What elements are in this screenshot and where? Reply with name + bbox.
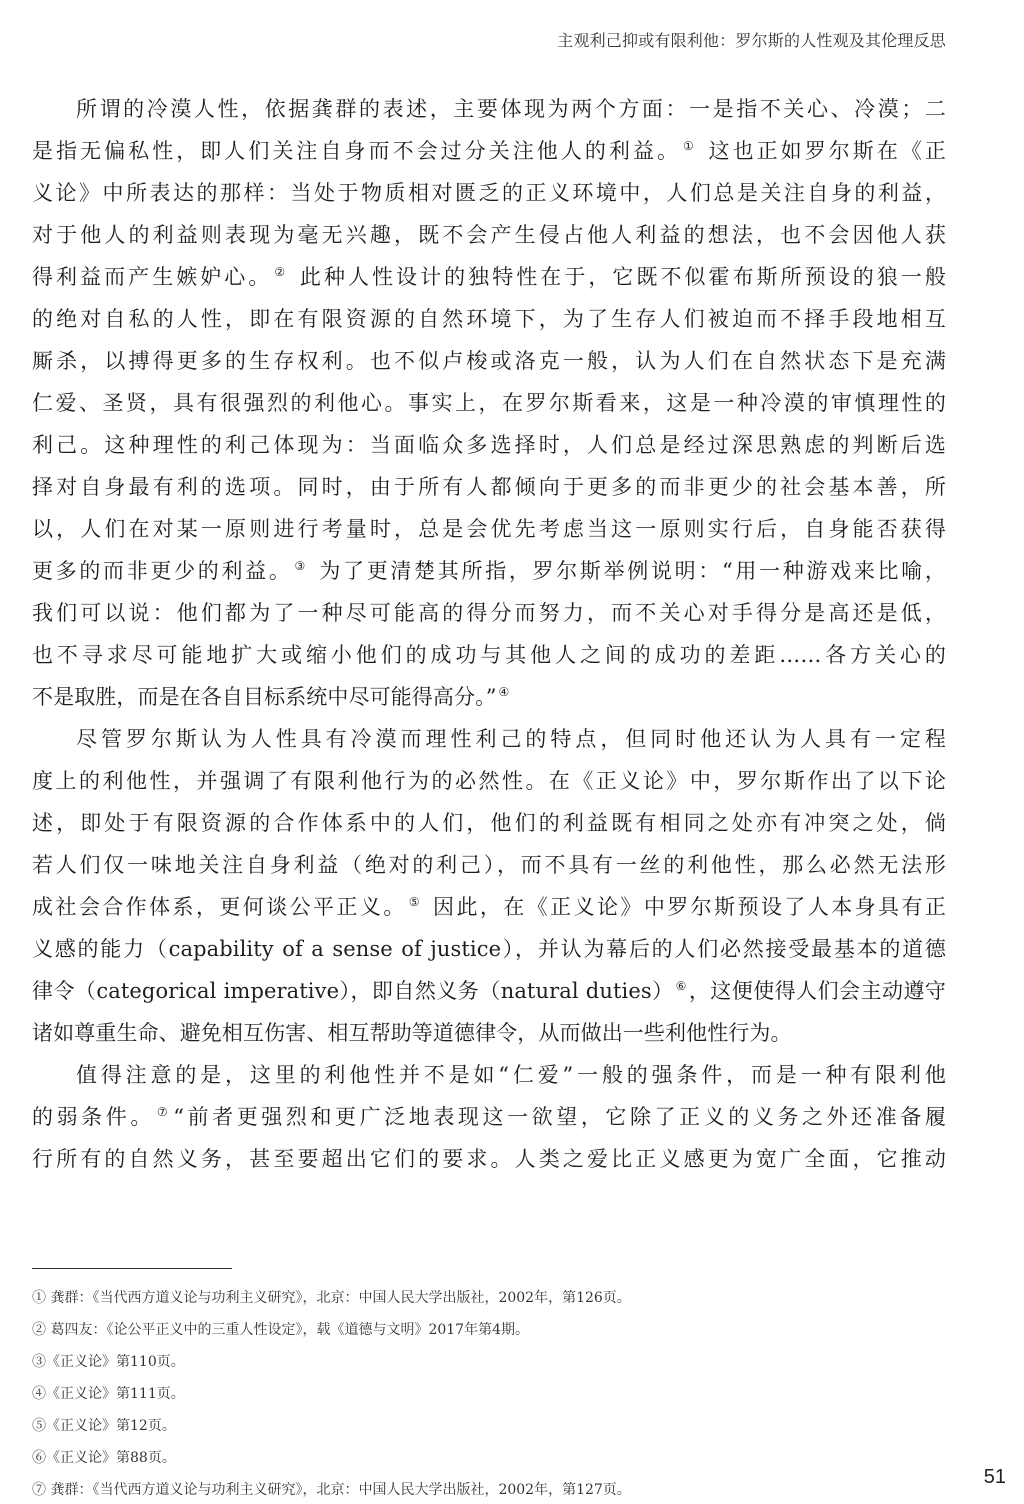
line-text-after-marker: 这也正如罗尔斯在《正	[699, 139, 946, 163]
text-line: 以，人们在对某一原则进行考量时，总是会优先考虑当这一原则实行后，自身能否获得	[32, 508, 946, 550]
line-text: 对于他人的利益则表现为毫无兴趣，既不会产生侵占他人利益的想法，也不会因他人获	[32, 223, 946, 247]
line-text: 义论》中所表达的那样：当处于物质相对匮乏的正义环境中，人们总是关注自身的利益，	[32, 181, 946, 205]
footnote-marker[interactable]: ⑦	[157, 1105, 171, 1119]
footnote-marker[interactable]: ⑥	[676, 979, 687, 993]
line-text: 我们可以说：他们都为了一种尽可能高的得分而努力，而不关心对手得分是高还是低，	[32, 601, 946, 625]
line-text: 述，即处于有限资源的合作体系中的人们，他们的利益既有相同之处亦有冲突之处，倘	[32, 811, 946, 835]
footnote-marker[interactable]: ④	[499, 685, 510, 699]
line-text: 成社会合作体系，更何谈公平正义。	[32, 895, 407, 919]
line-text: 是指无偏私性，即人们关注自身而不会过分关注他人的利益。	[32, 139, 681, 163]
footnote-3: ③《正义论》第110页。	[32, 1346, 932, 1378]
footnote-marker[interactable]: ③	[295, 559, 308, 573]
text-line: 度上的利他性，并强调了有限利他行为的必然性。在《正义论》中，罗尔斯作出了以下论	[32, 760, 946, 802]
body-text: 所谓的冷漠人性，依据龚群的表述，主要体现为两个方面：一是指不关心、冷漠；二是指无…	[32, 88, 946, 1180]
text-line: 不是取胜，而是在各自目标系统中尽可能得高分。”④	[32, 676, 946, 718]
text-line: 更多的而非更少的利益。③ 为了更清楚其所指，罗尔斯举例说明：“用一种游戏来比喻，	[32, 550, 946, 592]
text-line: 仁爱、圣贤，具有很强烈的利他心。事实上，在罗尔斯看来，这是一种冷漠的审慎理性的	[32, 382, 946, 424]
line-text: 以，人们在对某一原则进行考量时，总是会优先考虑当这一原则实行后，自身能否获得	[32, 517, 946, 541]
page-number: 51	[984, 1466, 1006, 1489]
footnote-5: ⑤《正义论》第12页。	[32, 1410, 932, 1442]
text-line: 成社会合作体系，更何谈公平正义。⑤ 因此，在《正义论》中罗尔斯预设了人本身具有正	[32, 886, 946, 928]
line-text: 不是取胜，而是在各自目标系统中尽可能得高分。”	[32, 685, 497, 709]
text-line: 律令（categorical imperative），即自然义务（natural…	[32, 970, 946, 1012]
footnote-7: ⑦ 龚群：《当代西方道义论与功利主义研究》，北京：中国人民大学出版社，2002年…	[32, 1474, 932, 1504]
text-line: 义论》中所表达的那样：当处于物质相对匮乏的正义环境中，人们总是关注自身的利益，	[32, 172, 946, 214]
footnote-4: ④《正义论》第111页。	[32, 1378, 932, 1410]
text-line: 行所有的自然义务，甚至要超出它们的要求。人类之爱比正义感更为宽广全面，它推动	[32, 1138, 946, 1180]
text-line: 得利益而产生嫉妒心。② 此种人性设计的独特性在于，它既不似霍布斯所预设的狼一般	[32, 256, 946, 298]
line-text: 律令（categorical imperative），即自然义务（natural…	[32, 979, 674, 1003]
text-line: 也不寻求尽可能地扩大或缩小他们的成功与其他人之间的成功的差距……各方关心的	[32, 634, 946, 676]
footnotes: ① 龚群：《当代西方道义论与功利主义研究》，北京：中国人民大学出版社，2002年…	[32, 1282, 932, 1504]
line-text: 尽管罗尔斯认为人性具有冷漠而理性利己的特点，但同时他还认为人具有一定程	[76, 727, 946, 751]
line-text: 若人们仅一味地关注自身利益（绝对的利己），而不具有一丝的利他性，那么必然无法形	[32, 853, 946, 877]
line-text: 得利益而产生嫉妒心。	[32, 265, 272, 289]
line-text-after-marker: 因此，在《正义论》中罗尔斯预设了人本身具有正	[424, 895, 946, 919]
line-text: 的绝对自私的人性，即在有限资源的自然环境下，为了生存人们被迫而不择手段地相互	[32, 307, 946, 331]
text-line: 的弱条件。⑦“前者更强烈和更广泛地表现这一欲望，它除了正义的义务之外还准备履	[32, 1096, 946, 1138]
text-line: 厮杀，以搏得更多的生存权利。也不似卢梭或洛克一般，认为人们在自然状态下是充满	[32, 340, 946, 382]
footnote-marker[interactable]: ①	[683, 139, 697, 153]
line-text: 仁爱、圣贤，具有很强烈的利他心。事实上，在罗尔斯看来，这是一种冷漠的审慎理性的	[32, 391, 946, 415]
line-text-after-marker: 此种人性设计的独特性在于，它既不似霍布斯所预设的狼一般	[290, 265, 946, 289]
paragraph: 所谓的冷漠人性，依据龚群的表述，主要体现为两个方面：一是指不关心、冷漠；二是指无…	[32, 88, 946, 718]
line-text: 所谓的冷漠人性，依据龚群的表述，主要体现为两个方面：一是指不关心、冷漠；二	[76, 97, 946, 121]
text-line: 利己。这种理性的利己体现为：当面临众多选择时，人们总是经过深思熟虑的判断后选	[32, 424, 946, 466]
text-line: 值得注意的是，这里的利他性并不是如“仁爱”一般的强条件，而是一种有限利他	[32, 1054, 946, 1096]
footnote-marker[interactable]: ②	[274, 265, 288, 279]
text-line: 若人们仅一味地关注自身利益（绝对的利己），而不具有一丝的利他性，那么必然无法形	[32, 844, 946, 886]
line-text: 义感的能力（capability of a sense of justice），…	[32, 937, 946, 961]
text-line: 是指无偏私性，即人们关注自身而不会过分关注他人的利益。① 这也正如罗尔斯在《正	[32, 130, 946, 172]
line-text-after-marker: 为了更清楚其所指，罗尔斯举例说明：“用一种游戏来比喻，	[310, 559, 946, 583]
line-text: 诸如尊重生命、避免相互伤害、相互帮助等道德律令，从而做出一些利他性行为。	[32, 1021, 792, 1045]
line-text-after-marker: “前者更强烈和更广泛地表现这一欲望，它除了正义的义务之外还准备履	[173, 1105, 946, 1129]
footnote-2: ② 葛四友：《论公平正义中的三重人性设定》，载《道德与文明》2017年第4期。	[32, 1314, 932, 1346]
line-text: 择对自身最有利的选项。同时，由于所有人都倾向于更多的而非更少的社会基本善，所	[32, 475, 946, 499]
text-line: 所谓的冷漠人性，依据龚群的表述，主要体现为两个方面：一是指不关心、冷漠；二	[32, 88, 946, 130]
text-line: 述，即处于有限资源的合作体系中的人们，他们的利益既有相同之处亦有冲突之处，倘	[32, 802, 946, 844]
line-text: 厮杀，以搏得更多的生存权利。也不似卢梭或洛克一般，认为人们在自然状态下是充满	[32, 349, 946, 373]
text-line: 诸如尊重生命、避免相互伤害、相互帮助等道德律令，从而做出一些利他性行为。	[32, 1012, 946, 1054]
footnote-marker[interactable]: ⑤	[409, 895, 422, 909]
running-header: 主观利己抑或有限利他：罗尔斯的人性观及其伦理反思	[557, 28, 946, 51]
text-line: 择对自身最有利的选项。同时，由于所有人都倾向于更多的而非更少的社会基本善，所	[32, 466, 946, 508]
footnote-6: ⑥《正义论》第88页。	[32, 1442, 932, 1474]
text-line: 我们可以说：他们都为了一种尽可能高的得分而努力，而不关心对手得分是高还是低，	[32, 592, 946, 634]
line-text-after-marker: ，这便使得人们会主动遵守	[689, 979, 946, 1003]
text-line: 义感的能力（capability of a sense of justice），…	[32, 928, 946, 970]
paragraph: 值得注意的是，这里的利他性并不是如“仁爱”一般的强条件，而是一种有限利他的弱条件…	[32, 1054, 946, 1180]
line-text: 值得注意的是，这里的利他性并不是如“仁爱”一般的强条件，而是一种有限利他	[76, 1063, 946, 1087]
text-line: 尽管罗尔斯认为人性具有冷漠而理性利己的特点，但同时他还认为人具有一定程	[32, 718, 946, 760]
line-text: 也不寻求尽可能地扩大或缩小他们的成功与其他人之间的成功的差距……各方关心的	[32, 643, 946, 667]
text-line: 对于他人的利益则表现为毫无兴趣，既不会产生侵占他人利益的想法，也不会因他人获	[32, 214, 946, 256]
line-text: 的弱条件。	[32, 1105, 155, 1129]
paragraph: 尽管罗尔斯认为人性具有冷漠而理性利己的特点，但同时他还认为人具有一定程度上的利他…	[32, 718, 946, 1054]
footnote-1: ① 龚群：《当代西方道义论与功利主义研究》，北京：中国人民大学出版社，2002年…	[32, 1282, 932, 1314]
line-text: 度上的利他性，并强调了有限利他行为的必然性。在《正义论》中，罗尔斯作出了以下论	[32, 769, 946, 793]
line-text: 行所有的自然义务，甚至要超出它们的要求。人类之爱比正义感更为宽广全面，它推动	[32, 1147, 946, 1171]
line-text: 更多的而非更少的利益。	[32, 559, 293, 583]
line-text: 利己。这种理性的利己体现为：当面临众多选择时，人们总是经过深思熟虑的判断后选	[32, 433, 946, 457]
footnote-divider	[32, 1268, 232, 1269]
text-line: 的绝对自私的人性，即在有限资源的自然环境下，为了生存人们被迫而不择手段地相互	[32, 298, 946, 340]
